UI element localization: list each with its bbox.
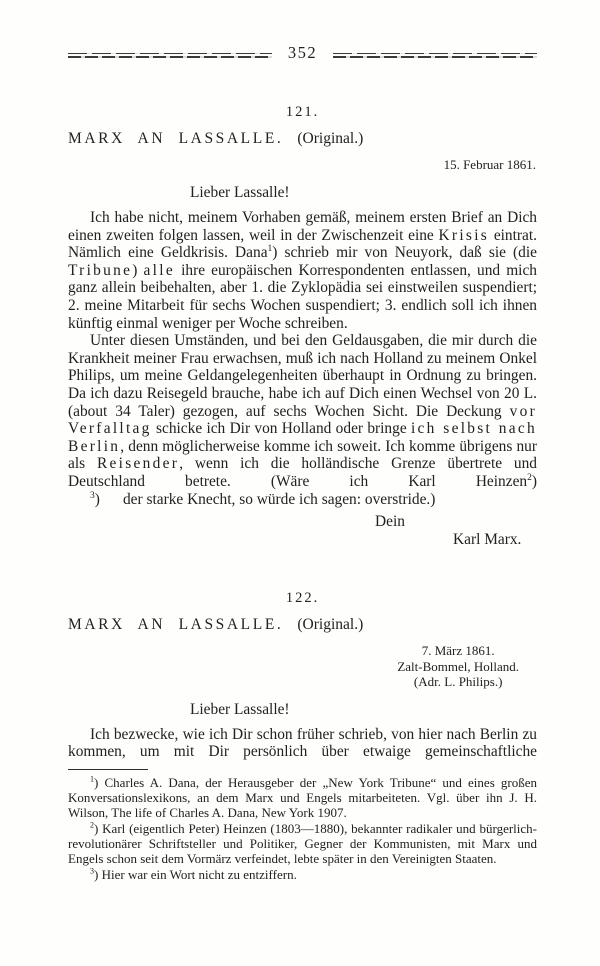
salutation: Lieber Lassalle!	[68, 701, 537, 719]
page-number: 352	[280, 43, 325, 63]
header-rule-left	[68, 52, 272, 58]
footnote-separator-rule	[68, 769, 148, 770]
letter-122: 122. MARX AN LASSALLE.(Original.) 7. Mär…	[68, 590, 537, 761]
letter-paragraph: Ich habe nicht, meinem Vorhaben gemäß, m…	[68, 209, 537, 332]
footnote-1: 1) Charles A. Dana, der Herausgeber der …	[68, 775, 537, 821]
letter-recipient: MARX AN LASSALLE.	[68, 616, 283, 633]
letter-number: 122.	[68, 590, 537, 607]
dateline-date: 7. März 1861.	[397, 643, 519, 659]
footnotes-section: 1) Charles A. Dana, der Herausgeber der …	[68, 769, 537, 882]
dateline-address: (Adr. L. Philips.)	[397, 674, 519, 690]
letter-number: 121.	[68, 104, 537, 121]
letter-recipient: MARX AN LASSALLE.	[68, 130, 283, 147]
letter-dateline: 15. Februar 1861.	[68, 157, 537, 173]
book-page: 352 121. MARX AN LASSALLE.(Original.) 15…	[0, 0, 600, 966]
letter-paragraph-continuation: 3) der starke Knecht, so würde ich sagen…	[68, 491, 537, 509]
letter-original-note: (Original.)	[297, 130, 363, 147]
salutation: Lieber Lassalle!	[68, 184, 537, 202]
letter-paragraph: Unter diesen Umständen, und bei den Geld…	[68, 332, 537, 490]
letter-original-note: (Original.)	[297, 616, 363, 633]
footnote-3: 3) Hier war ein Wort nicht zu entziffern…	[68, 867, 537, 882]
letter-heading: MARX AN LASSALLE.(Original.)	[68, 130, 537, 148]
running-header: 352	[68, 46, 537, 64]
letter-heading: MARX AN LASSALLE.(Original.)	[68, 616, 537, 634]
letter-121: 121. MARX AN LASSALLE.(Original.) 15. Fe…	[68, 104, 537, 549]
letter-dateline-block: 7. März 1861. Zalt-Bommel, Holland. (Adr…	[397, 643, 519, 690]
header-rule-right	[333, 52, 537, 58]
signature: Karl Marx.	[68, 531, 537, 549]
closing: Dein	[68, 513, 537, 531]
letter-paragraph: Ich bezwecke, wie ich Dir schon früher s…	[68, 726, 537, 761]
dateline-place: Zalt-Bommel, Holland.	[397, 659, 519, 675]
footnote-2: 2) Karl (eigentlich Peter) Heinzen (1803…	[68, 821, 537, 867]
